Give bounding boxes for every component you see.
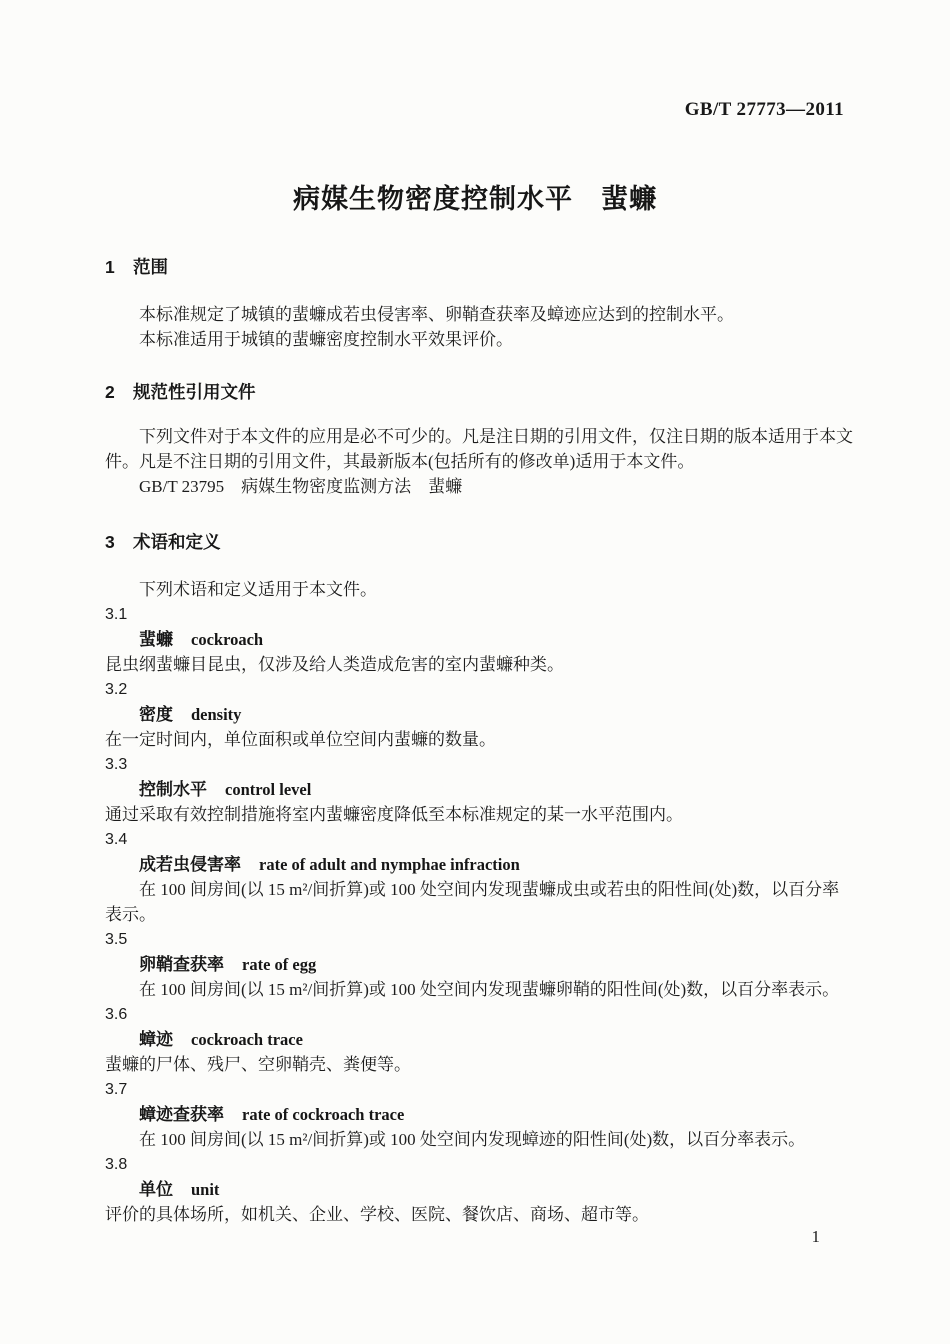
term-definition: 昆虫纲蜚蠊目昆虫，仅涉及给人类造成危害的室内蜚蠊种类。	[105, 652, 853, 677]
term-en: unit	[191, 1180, 219, 1199]
term-en: density	[191, 705, 241, 724]
clause-1-number: 1	[105, 255, 133, 280]
term-zh: 成若虫侵害率	[139, 855, 241, 874]
doc-number: GB/T 27773—2011	[685, 99, 844, 121]
term-3-2: 3.2 密度density 在一定时间内，单位面积或单位空间内蜚蠊的数量。	[105, 677, 853, 752]
term-name-line: 控制水平control level	[105, 777, 853, 802]
term-3-6: 3.6 蟑迹cockroach trace 蜚蠊的尸体、残尸、空卵鞘壳、粪便等。	[105, 1002, 853, 1077]
term-name-line: 蜚蠊cockroach	[105, 627, 853, 652]
term-definition: 蜚蠊的尸体、残尸、空卵鞘壳、粪便等。	[105, 1052, 853, 1077]
term-zh: 密度	[139, 705, 173, 724]
term-number: 3.1	[105, 602, 853, 627]
document-body: 1范围 本标准规定了城镇的蜚蠊成若虫侵害率、卵鞘查获率及蟑迹应达到的控制水平。 …	[105, 245, 853, 1227]
term-en: control level	[225, 780, 311, 799]
term-name-line: 成若虫侵害率rate of adult and nymphae infracti…	[105, 852, 853, 877]
term-name-line: 密度density	[105, 702, 853, 727]
term-3-3: 3.3 控制水平control level 通过采取有效控制措施将室内蜚蠊密度降…	[105, 752, 853, 827]
term-definition: 在一定时间内，单位面积或单位空间内蜚蠊的数量。	[105, 727, 853, 752]
document-page: GB/T 27773—2011 病媒生物密度控制水平 蜚蠊 1范围 本标准规定了…	[0, 0, 950, 1344]
term-definition: 在 100 间房间(以 15 m²/间折算)或 100 处空间内发现蟑迹的阳性间…	[105, 1127, 853, 1152]
clause-2-title: 规范性引用文件	[133, 382, 256, 402]
term-name-line: 蟑迹cockroach trace	[105, 1027, 853, 1052]
term-3-1: 3.1 蜚蠊cockroach 昆虫纲蜚蠊目昆虫，仅涉及给人类造成危害的室内蜚蠊…	[105, 602, 853, 677]
term-zh: 蟑迹查获率	[139, 1105, 224, 1124]
term-en: cockroach	[191, 630, 263, 649]
term-3-5: 3.5 卵鞘查获率rate of egg 在 100 间房间(以 15 m²/间…	[105, 927, 853, 1002]
term-number: 3.4	[105, 827, 853, 852]
term-number: 3.7	[105, 1077, 853, 1102]
term-zh: 单位	[139, 1180, 173, 1199]
term-number: 3.8	[105, 1152, 853, 1177]
page-number: 1	[812, 1224, 821, 1249]
clause-2-paragraph: 下列文件对于本文件的应用是必不可少的。凡是注日期的引用文件，仅注日期的版本适用于…	[105, 424, 853, 474]
term-name-line: 卵鞘查获率rate of egg	[105, 952, 853, 977]
term-3-8: 3.8 单位unit 评价的具体场所，如机关、企业、学校、医院、餐饮店、商场、超…	[105, 1152, 853, 1227]
term-en: rate of adult and nymphae infraction	[259, 855, 520, 874]
clause-3-number: 3	[105, 530, 133, 555]
clause-1-paragraph: 本标准规定了城镇的蜚蠊成若虫侵害率、卵鞘查获率及蟑迹应达到的控制水平。	[105, 302, 853, 327]
clause-3-title: 术语和定义	[133, 532, 221, 552]
term-number: 3.5	[105, 927, 853, 952]
term-en: rate of egg	[242, 955, 316, 974]
clause-1-heading: 1范围	[105, 255, 853, 280]
clause-3-heading: 3术语和定义	[105, 530, 853, 555]
clause-2-heading: 2规范性引用文件	[105, 380, 853, 405]
clause-1-paragraph: 本标准适用于城镇的蜚蠊密度控制水平效果评价。	[105, 327, 853, 352]
term-name-line: 单位unit	[105, 1177, 853, 1202]
term-definition: 在 100 间房间(以 15 m²/间折算)或 100 处空间内发现蜚蠊卵鞘的阳…	[105, 977, 853, 1002]
doc-title: 病媒生物密度控制水平 蜚蠊	[0, 177, 950, 216]
term-en: rate of cockroach trace	[242, 1105, 404, 1124]
term-zh: 蜚蠊	[139, 630, 173, 649]
term-en: cockroach trace	[191, 1030, 303, 1049]
term-3-7: 3.7 蟑迹查获率rate of cockroach trace 在 100 间…	[105, 1077, 853, 1152]
term-zh: 控制水平	[139, 780, 207, 799]
term-definition: 在 100 间房间(以 15 m²/间折算)或 100 处空间内发现蜚蠊成虫或若…	[105, 877, 853, 927]
term-number: 3.6	[105, 1002, 853, 1027]
term-number: 3.3	[105, 752, 853, 777]
normative-reference: GB/T 23795 病媒生物密度监测方法 蜚蠊	[105, 474, 853, 499]
term-definition: 通过采取有效控制措施将室内蜚蠊密度降低至本标准规定的某一水平范围内。	[105, 802, 853, 827]
clause-2-number: 2	[105, 380, 133, 405]
clause-3-intro: 下列术语和定义适用于本文件。	[105, 577, 853, 602]
term-zh: 蟑迹	[139, 1030, 173, 1049]
term-name-line: 蟑迹查获率rate of cockroach trace	[105, 1102, 853, 1127]
term-definition: 评价的具体场所，如机关、企业、学校、医院、餐饮店、商场、超市等。	[105, 1202, 853, 1227]
term-number: 3.2	[105, 677, 853, 702]
clause-1-title: 范围	[133, 257, 168, 277]
term-zh: 卵鞘查获率	[139, 955, 224, 974]
term-3-4: 3.4 成若虫侵害率rate of adult and nymphae infr…	[105, 827, 853, 927]
